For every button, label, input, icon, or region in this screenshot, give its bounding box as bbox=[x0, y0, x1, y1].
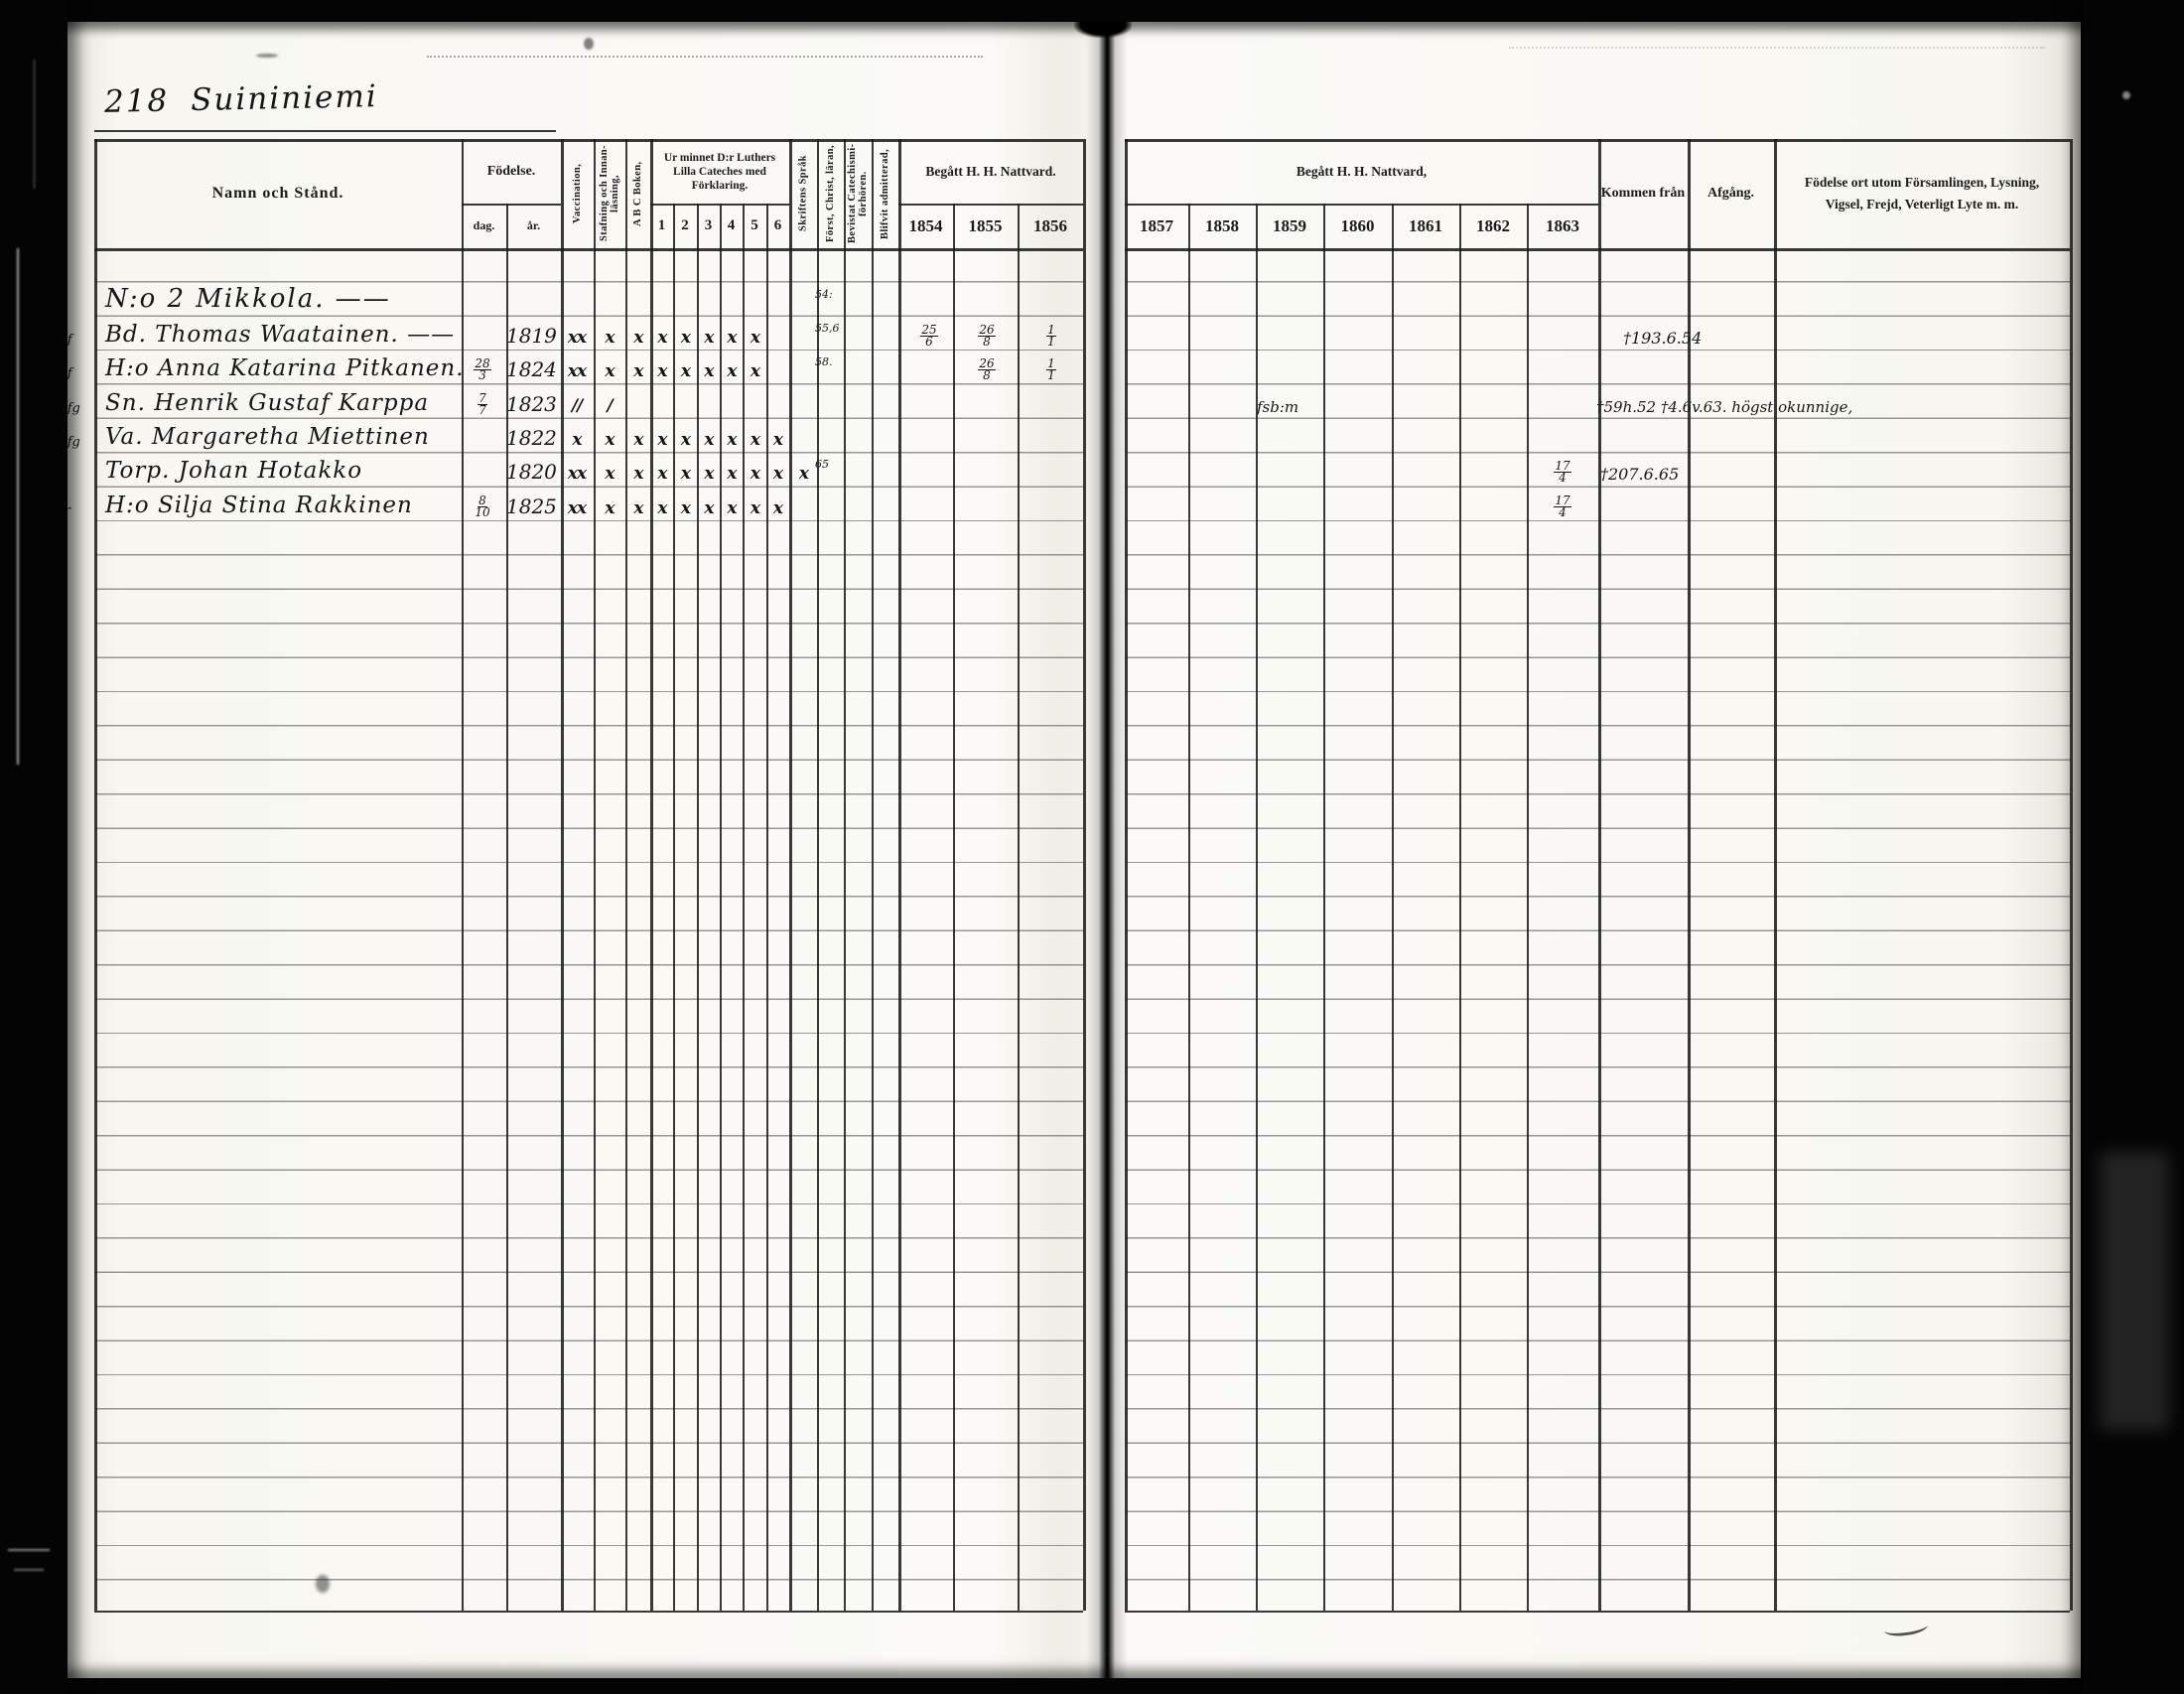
grid-v-line bbox=[1774, 139, 1777, 1611]
grid-h-line bbox=[1125, 139, 2070, 142]
grid-v-line bbox=[1083, 139, 1086, 1611]
cateches-mark-1: x bbox=[651, 498, 673, 518]
grid-v-line bbox=[94, 139, 97, 1611]
grid-h-line bbox=[94, 248, 1083, 251]
ink-smudge bbox=[584, 38, 594, 50]
film-border-right bbox=[2083, 0, 2184, 1694]
header-nattvard-right: Begått H. H. Nattvard, bbox=[1125, 139, 1598, 204]
cateches-mark-1: x bbox=[651, 328, 673, 348]
cateches-mark-5: x bbox=[744, 430, 766, 450]
grid-v-line bbox=[898, 139, 901, 1611]
ink-smudge bbox=[316, 1575, 330, 1593]
birth-year: 1823 bbox=[506, 392, 562, 416]
cateches-mark-3: x bbox=[698, 328, 720, 348]
grid-v-line bbox=[650, 139, 653, 1611]
table-row: Torp. Johan Hotakko 1820 xx x x x x x x … bbox=[60, 451, 2075, 485]
film-border-left bbox=[0, 0, 68, 1694]
entry-name: N:o 2 Mikkola. —— bbox=[105, 284, 443, 314]
entry-name: Bd. Thomas Waatainen. —— bbox=[105, 322, 443, 348]
cateches-mark-1: x bbox=[651, 361, 673, 381]
birth-year: 1820 bbox=[506, 460, 562, 484]
birth-year: 1822 bbox=[506, 426, 562, 450]
remark-note: †59h.52 †4.6v.63. högst okunnige, bbox=[1596, 398, 2132, 416]
book-gutter-shadow bbox=[1086, 16, 1128, 1682]
grid-v-line bbox=[673, 204, 675, 1611]
birth-year: 1824 bbox=[506, 357, 562, 381]
grid-v-line bbox=[1392, 204, 1394, 1611]
note-1859: fsb:m bbox=[1257, 398, 1326, 416]
cateches-mark-4: x bbox=[721, 498, 743, 518]
header-year-1861: 1861 bbox=[1392, 204, 1459, 248]
birth-year: 1825 bbox=[506, 494, 562, 518]
header-ar: år. bbox=[506, 204, 561, 248]
header-vaccination: Vaccination, bbox=[561, 142, 594, 245]
entry-name: Torp. Johan Hotakko bbox=[105, 458, 443, 484]
grid-v-line bbox=[506, 204, 508, 1611]
grid-v-line bbox=[594, 139, 596, 1611]
header-forst-christ: Först, Christ, läran, bbox=[817, 142, 844, 245]
header-year-1863: 1863 bbox=[1527, 204, 1598, 248]
birth-year: 1819 bbox=[506, 324, 562, 348]
header-year-1856: 1856 bbox=[1018, 204, 1083, 248]
abc-mark: x bbox=[626, 361, 650, 381]
vaccination-mark: // bbox=[560, 396, 594, 416]
microfilm-frame: 218Suininiemi Namn och Stånd. Födelse. d… bbox=[0, 0, 2184, 1694]
grid-h-line bbox=[898, 204, 1083, 206]
cateches-mark-6: x bbox=[766, 498, 789, 518]
grid-v-line bbox=[625, 139, 627, 1611]
header-cateches-3: 3 bbox=[697, 204, 720, 248]
stafning-mark: / bbox=[595, 396, 624, 416]
entry-name: H:o Anna Katarina Pitkanen. bbox=[105, 355, 443, 381]
stafning-mark: x bbox=[595, 498, 624, 518]
cateches-mark-4: x bbox=[721, 328, 743, 348]
header-cateches-2: 2 bbox=[673, 204, 697, 248]
grid-v-line bbox=[766, 204, 768, 1611]
cateches-mark-1: x bbox=[651, 464, 673, 484]
exam-note: 58. bbox=[815, 355, 845, 368]
cateches-mark-4: x bbox=[721, 464, 743, 484]
grid-v-line bbox=[720, 204, 722, 1611]
header-nattvard-left: Begått H. H. Nattvard. bbox=[898, 139, 1083, 204]
grid-v-line bbox=[743, 204, 745, 1611]
grid-v-line bbox=[462, 139, 464, 1611]
abc-mark: x bbox=[626, 328, 650, 348]
stafning-mark: x bbox=[595, 430, 624, 450]
cateches-mark-2: x bbox=[674, 361, 697, 381]
vaccination-mark: xx bbox=[560, 328, 594, 348]
header-year-1855: 1855 bbox=[953, 204, 1018, 248]
table-row: afg Va. Margaretha Miettinen 1822 x x x … bbox=[60, 417, 2075, 451]
communion-1863: 174 bbox=[1531, 495, 1594, 518]
header-fodelse: Födelse. bbox=[462, 139, 561, 204]
abc-mark: x bbox=[626, 464, 650, 484]
vaccination-mark: x bbox=[560, 430, 594, 450]
grid-v-line bbox=[2070, 139, 2073, 1611]
page-title: 218Suininiemi bbox=[104, 78, 378, 120]
vaccination-mark: xx bbox=[560, 464, 594, 484]
grid-v-line bbox=[789, 139, 792, 1611]
page-place-name: Suininiemi bbox=[191, 78, 378, 118]
header-year-1859: 1859 bbox=[1256, 204, 1323, 248]
communion-1855: 268 bbox=[957, 358, 1017, 381]
header-cateches-6: 6 bbox=[766, 204, 789, 248]
grid-v-line bbox=[1598, 139, 1601, 1611]
exam-note: 54: bbox=[815, 288, 845, 301]
cateches-mark-5: x bbox=[744, 464, 766, 484]
grid-v-line bbox=[1459, 204, 1461, 1611]
birth-day: 283 bbox=[461, 358, 504, 381]
cateches-mark-2: x bbox=[674, 464, 697, 484]
stafning-mark: x bbox=[595, 328, 624, 348]
film-scratch bbox=[17, 248, 19, 765]
header-dag: dag. bbox=[462, 204, 506, 248]
cateches-mark-3: x bbox=[698, 361, 720, 381]
stafning-mark: x bbox=[595, 361, 624, 381]
entry-name: H:o Silja Stina Rakkinen bbox=[105, 493, 443, 518]
ink-smudge bbox=[256, 54, 278, 58]
page-number: 218 bbox=[104, 83, 170, 120]
header-year-1862: 1862 bbox=[1459, 204, 1527, 248]
cateches-mark-6: x bbox=[766, 430, 789, 450]
cateches-mark-2: x bbox=[674, 328, 697, 348]
film-dotted-line bbox=[1509, 47, 2045, 49]
grid-v-line bbox=[561, 139, 564, 1611]
exam-note: 55,6 bbox=[815, 322, 845, 335]
birth-day: 810 bbox=[461, 495, 504, 518]
table-row: af H:o Anna Katarina Pitkanen. 283 1824 … bbox=[60, 349, 2075, 382]
film-border-bottom bbox=[0, 1678, 2184, 1694]
cateches-mark-2: x bbox=[674, 430, 697, 450]
grid-h-line bbox=[1125, 204, 1598, 206]
film-scratch bbox=[8, 1549, 50, 1551]
grid-v-line bbox=[1125, 139, 1128, 1611]
grid-v-line bbox=[872, 139, 874, 1611]
grid-v-line bbox=[1256, 204, 1258, 1611]
grid-v-line bbox=[1323, 204, 1325, 1611]
header-cateches-1: 1 bbox=[650, 204, 673, 248]
header-cateches: Ur minnet D:r Luthers Lilla Cateches med… bbox=[653, 139, 786, 204]
communion-1854: 256 bbox=[903, 325, 955, 348]
table-row: fr H:o Silja Stina Rakkinen 810 1825 xx … bbox=[60, 486, 2075, 519]
header-afgang: Afgång. bbox=[1688, 139, 1774, 248]
film-border-top bbox=[0, 0, 2184, 22]
title-underline bbox=[94, 130, 556, 132]
grid-h-line bbox=[94, 1611, 1083, 1613]
table-row: af Bd. Thomas Waatainen. —— 1819 xx x x … bbox=[60, 315, 2075, 349]
cateches-mark-5: x bbox=[744, 498, 766, 518]
film-scratch bbox=[2122, 91, 2130, 99]
cateches-mark-1: x bbox=[651, 430, 673, 450]
header-blifvit-admitterad: Blifvit admitterad, bbox=[872, 142, 898, 245]
cateches-mark-4: x bbox=[721, 361, 743, 381]
header-abc-boken: A B C Boken, bbox=[625, 142, 650, 245]
grid-h-line bbox=[1125, 248, 2070, 251]
cateches-mark-5: x bbox=[744, 328, 766, 348]
header-bevistat: Bevistat Catechismi- förhören. bbox=[844, 142, 872, 245]
header-kommen-fran: Kommen från bbox=[1598, 139, 1688, 248]
grid-v-line bbox=[1018, 204, 1020, 1611]
communion-1863: 174 bbox=[1531, 461, 1594, 484]
header-year-1858: 1858 bbox=[1188, 204, 1256, 248]
cateches-mark-6: x bbox=[766, 464, 789, 484]
grid-h-line bbox=[462, 204, 561, 206]
abc-mark: x bbox=[626, 498, 650, 518]
birth-day: 77 bbox=[461, 393, 504, 416]
communion-1856: 11 bbox=[1022, 325, 1081, 348]
cateches-mark-3: x bbox=[698, 430, 720, 450]
grid-v-line bbox=[844, 139, 846, 1611]
grid-v-line bbox=[1188, 204, 1190, 1611]
header-cateches-4: 4 bbox=[720, 204, 743, 248]
header-year-1860: 1860 bbox=[1323, 204, 1392, 248]
communion-1855: 268 bbox=[957, 325, 1017, 348]
header-namn-och-stand: Namn och Stånd. bbox=[94, 139, 462, 248]
cateches-mark-3: x bbox=[698, 498, 720, 518]
header-fodelseort: Födelse ort utom Församlingen, Lysning, … bbox=[1787, 139, 2057, 248]
grid-v-line bbox=[1688, 139, 1691, 1611]
entry-name: Sn. Henrik Gustaf Karppa bbox=[105, 390, 443, 416]
film-dotted-line bbox=[427, 56, 983, 58]
film-scratch bbox=[14, 1569, 44, 1571]
header-skriftens-sprak: Skriftens Språk bbox=[789, 142, 817, 245]
vaccination-mark: xx bbox=[560, 361, 594, 381]
cateches-mark-2: x bbox=[674, 498, 697, 518]
grid-v-line bbox=[817, 139, 819, 1611]
cateches-mark-4: x bbox=[721, 430, 743, 450]
communion-1856: 11 bbox=[1022, 358, 1081, 381]
film-scratch bbox=[2100, 1152, 2169, 1430]
exam-note: 65 bbox=[815, 458, 845, 471]
skriftens-mark: x bbox=[790, 464, 817, 484]
grid-h-line bbox=[650, 204, 789, 206]
table-row: N:o 2 Mikkola. —— 54: bbox=[60, 281, 2075, 315]
grid-v-line bbox=[953, 204, 955, 1611]
stafning-mark: x bbox=[595, 464, 624, 484]
film-scratch bbox=[34, 60, 35, 189]
abc-mark: x bbox=[626, 430, 650, 450]
header-stafning: Stafning och Innan- läsning, bbox=[594, 142, 625, 245]
grid-v-line bbox=[697, 204, 699, 1611]
header-year-1854: 1854 bbox=[898, 204, 953, 248]
header-year-1857: 1857 bbox=[1125, 204, 1188, 248]
afgang-note: †193.6.54 bbox=[1623, 329, 1881, 348]
entry-name: Va. Margaretha Miettinen bbox=[105, 424, 443, 450]
cateches-mark-3: x bbox=[698, 464, 720, 484]
header-cateches-5: 5 bbox=[743, 204, 766, 248]
grid-v-line bbox=[1527, 204, 1529, 1611]
kommen-note: †207.6.65 bbox=[1600, 465, 1819, 484]
vaccination-mark: xx bbox=[560, 498, 594, 518]
grid-h-line bbox=[94, 139, 1083, 142]
grid-h-line bbox=[1125, 1611, 2070, 1613]
table-row: afg Sn. Henrik Gustaf Karppa 77 1823 // … bbox=[60, 383, 2075, 417]
cateches-mark-5: x bbox=[744, 361, 766, 381]
